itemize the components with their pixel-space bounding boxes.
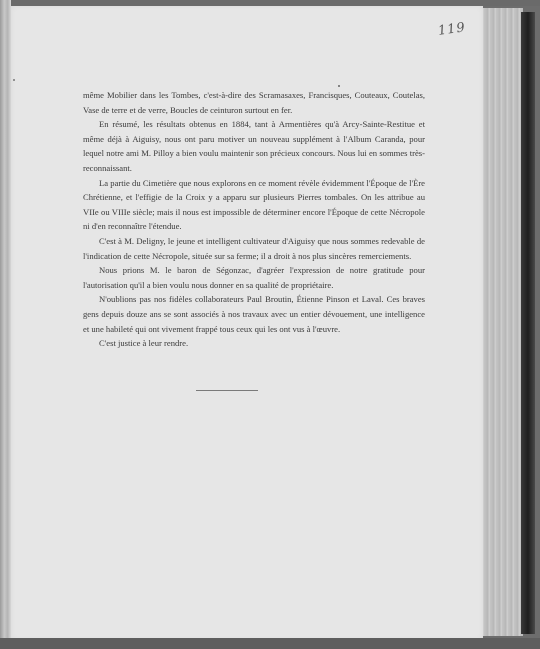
paragraph: C'est justice à leur rendre. — [83, 336, 425, 351]
scan-bottom-border — [0, 638, 540, 649]
book-binding — [521, 12, 535, 634]
paragraph: Nous prions M. le baron de Ségonzac, d'a… — [83, 263, 425, 292]
paragraph: C'est à M. Deligny, le jeune et intellig… — [83, 234, 425, 263]
section-divider-rule — [196, 390, 258, 391]
speck — [338, 85, 340, 87]
paragraph: même Mobilier dans les Tombes, c'est-à-d… — [83, 88, 425, 117]
speck — [13, 79, 15, 81]
paragraph: La partie du Cimetière que nous exploron… — [83, 176, 425, 234]
facing-page-edge — [0, 0, 11, 649]
page-stack-edges — [483, 8, 523, 636]
paragraph: En résumé, les résultats obtenus en 1884… — [83, 117, 425, 175]
body-text: même Mobilier dans les Tombes, c'est-à-d… — [83, 88, 425, 351]
paragraph: N'oublions pas nos fidèles collaborateur… — [83, 292, 425, 336]
